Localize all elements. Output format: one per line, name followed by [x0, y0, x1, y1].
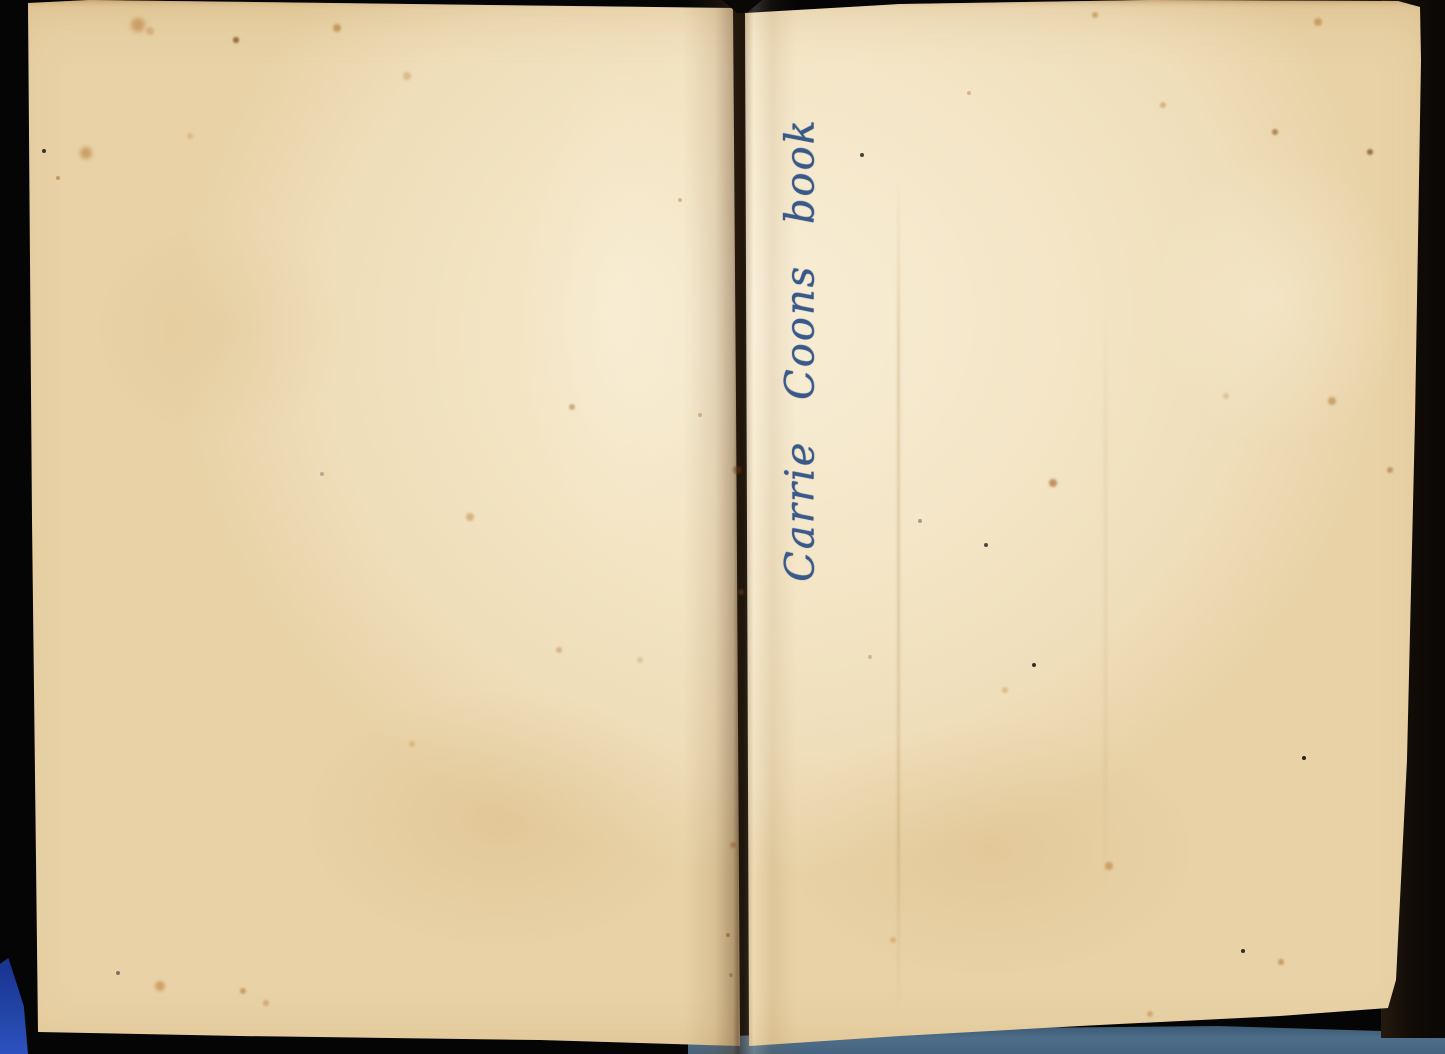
page-crease-line — [897, 180, 900, 1010]
age-stain — [90, 220, 350, 440]
page-crease-line — [1104, 300, 1107, 900]
table-surface-corner-left — [0, 958, 28, 1054]
age-stain — [780, 720, 1200, 980]
owner-inscription-handwriting: Carrie Coons book — [761, 78, 841, 623]
age-stain — [300, 690, 700, 950]
age-stain — [1150, 150, 1410, 450]
open-book-photo: Carrie Coons book — [0, 0, 1445, 1054]
